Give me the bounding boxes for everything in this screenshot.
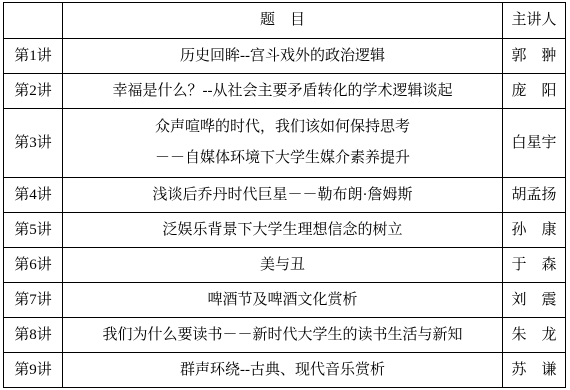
- title-cell: 我们为什么要读书－－新时代大学生的读书生活与新知: [63, 318, 503, 353]
- speaker-cell: 朱 龙: [503, 318, 566, 353]
- lecture-number-cell: 第8讲: [4, 318, 63, 353]
- title-cell: 历史回眸--宫斗戏外的政治逻辑: [63, 39, 503, 74]
- title-cell: 众声喧哗的时代，我们该如何保持思考 －－自媒体环境下大学生媒介素养提升: [63, 109, 503, 178]
- speaker-cell: 郭 翀: [503, 39, 566, 74]
- table-row: 第4讲 浅谈后乔丹时代巨星－－勒布朗·詹姆斯 胡孟扬: [4, 178, 566, 213]
- lecture-number-cell: 第3讲: [4, 109, 63, 178]
- title-line-1: 众声喧哗的时代，我们该如何保持思考: [65, 112, 500, 143]
- title-cell: 美与丑: [63, 248, 503, 283]
- title-cell: 泛娱乐背景下大学生理想信念的树立: [63, 213, 503, 248]
- lecture-number-cell: 第4讲: [4, 178, 63, 213]
- table-row: 第8讲 我们为什么要读书－－新时代大学生的读书生活与新知 朱 龙: [4, 318, 566, 353]
- lecture-number-cell: 第7讲: [4, 283, 63, 318]
- speaker-cell: 苏 谦: [503, 353, 566, 388]
- lecture-number-cell: 第5讲: [4, 213, 63, 248]
- table-header-row: 题 目 主讲人: [4, 3, 566, 39]
- table-row: 第7讲 啤酒节及啤酒文化赏析 刘 震: [4, 283, 566, 318]
- table-row: 第3讲 众声喧哗的时代，我们该如何保持思考 －－自媒体环境下大学生媒介素养提升 …: [4, 109, 566, 178]
- title-cell: 啤酒节及啤酒文化赏析: [63, 283, 503, 318]
- header-speaker-cell: 主讲人: [503, 3, 566, 39]
- header-title-cell: 题 目: [63, 3, 503, 39]
- title-line-2: －－自媒体环境下大学生媒介素养提升: [65, 143, 500, 174]
- table-row: 第1讲 历史回眸--宫斗戏外的政治逻辑 郭 翀: [4, 39, 566, 74]
- lecture-schedule-table: 题 目 主讲人 第1讲 历史回眸--宫斗戏外的政治逻辑 郭 翀 第2讲 幸福是什…: [3, 2, 566, 388]
- speaker-cell: 孙 康: [503, 213, 566, 248]
- lecture-number-cell: 第6讲: [4, 248, 63, 283]
- speaker-cell: 刘 震: [503, 283, 566, 318]
- speaker-cell: 胡孟扬: [503, 178, 566, 213]
- speaker-cell: 庞 阳: [503, 74, 566, 109]
- title-cell: 幸福是什么？--从社会主要矛盾转化的学术逻辑谈起: [63, 74, 503, 109]
- table-row: 第2讲 幸福是什么？--从社会主要矛盾转化的学术逻辑谈起 庞 阳: [4, 74, 566, 109]
- table-row: 第5讲 泛娱乐背景下大学生理想信念的树立 孙 康: [4, 213, 566, 248]
- header-empty-cell: [4, 3, 63, 39]
- table-row: 第6讲 美与丑 于 森: [4, 248, 566, 283]
- speaker-cell: 于 森: [503, 248, 566, 283]
- document-page: 题 目 主讲人 第1讲 历史回眸--宫斗戏外的政治逻辑 郭 翀 第2讲 幸福是什…: [0, 0, 570, 390]
- table-row: 第9讲 群声环绕--古典、现代音乐赏析 苏 谦: [4, 353, 566, 388]
- lecture-number-cell: 第2讲: [4, 74, 63, 109]
- lecture-number-cell: 第9讲: [4, 353, 63, 388]
- title-cell: 浅谈后乔丹时代巨星－－勒布朗·詹姆斯: [63, 178, 503, 213]
- lecture-number-cell: 第1讲: [4, 39, 63, 74]
- speaker-cell: 白星宇: [503, 109, 566, 178]
- title-cell: 群声环绕--古典、现代音乐赏析: [63, 353, 503, 388]
